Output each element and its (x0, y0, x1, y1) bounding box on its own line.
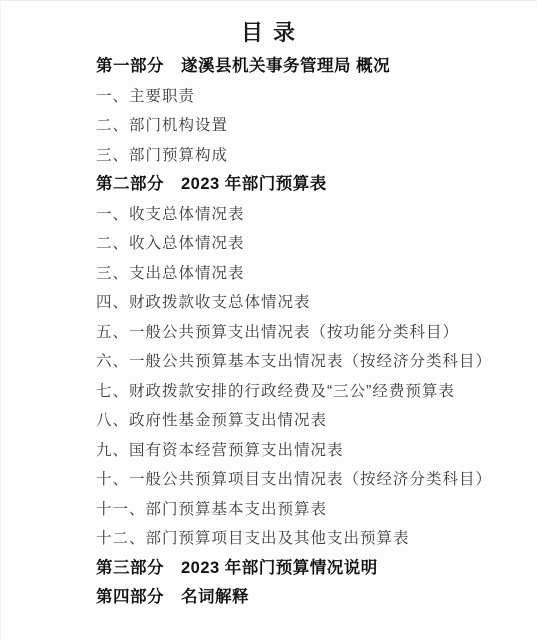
toc-item: 七、财政拨款安排的行政经费及“三公”经费预算表 (96, 377, 497, 407)
toc-item: 八、政府性基金预算支出情况表 (96, 406, 497, 436)
toc-item: 十一、部门预算基本支出预算表 (96, 495, 497, 525)
toc-item: 一、收支总体情况表 (96, 200, 497, 230)
toc-item: 二、收入总体情况表 (96, 229, 497, 259)
toc-item: 三、支出总体情况表 (96, 259, 497, 289)
page-title: 目 录 (1, 18, 537, 48)
toc-item: 九、国有资本经营预算支出情况表 (96, 436, 497, 466)
toc-item: 一、主要职责 (96, 82, 497, 112)
toc-section-heading: 第三部分 2023 年部门预算情况说明 (96, 554, 497, 584)
toc-item: 五、一般公共预算支出情况表（按功能分类科目） (96, 318, 497, 348)
toc-item: 四、财政拨款收支总体情况表 (96, 288, 497, 318)
table-of-contents: 第一部分 遂溪县机关事务管理局 概况 一、主要职责 二、部门机构设置 三、部门预… (96, 52, 497, 613)
toc-item: 二、部门机构设置 (96, 111, 497, 141)
toc-section-heading: 第二部分 2023 年部门预算表 (96, 170, 497, 200)
toc-item: 十、一般公共预算项目支出情况表（按经济分类科目） (96, 465, 497, 495)
toc-item: 六、一般公共预算基本支出情况表（按经济分类科目） (96, 347, 497, 377)
document-page: 目 录 第一部分 遂溪县机关事务管理局 概况 一、主要职责 二、部门机构设置 三… (0, 0, 537, 640)
toc-item: 三、部门预算构成 (96, 141, 497, 171)
toc-section-heading: 第四部分 名词解释 (96, 583, 497, 613)
toc-section-heading: 第一部分 遂溪县机关事务管理局 概况 (96, 52, 497, 82)
toc-item: 十二、部门预算项目支出及其他支出预算表 (96, 524, 497, 554)
